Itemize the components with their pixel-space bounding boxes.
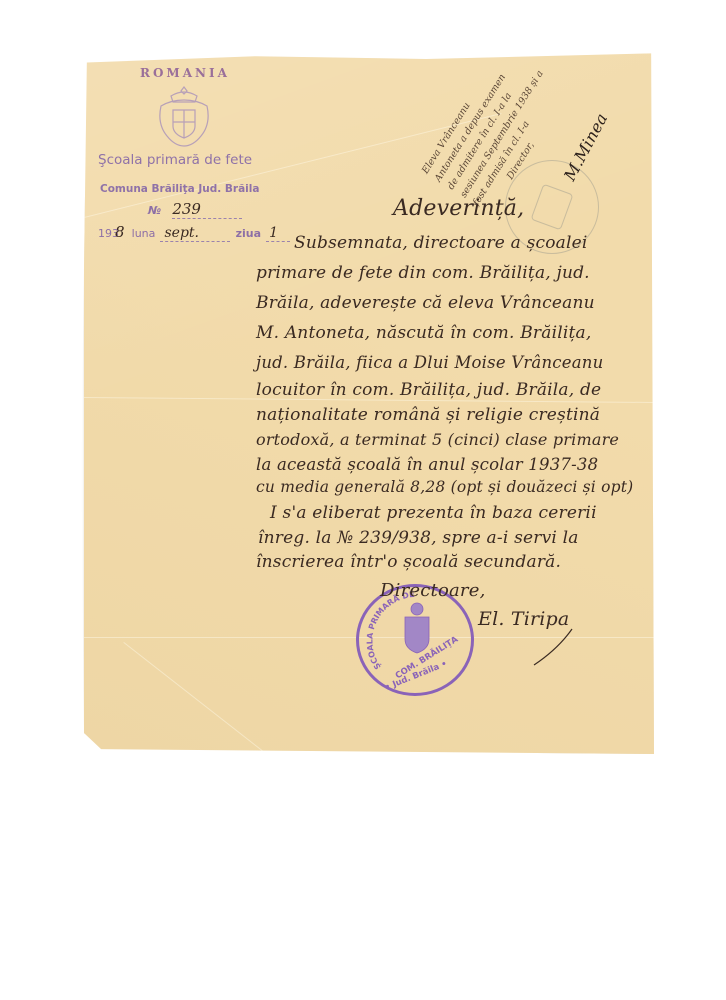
paper-crease — [123, 642, 328, 803]
body-line: ortodoxă, a terminat 5 (cinci) clase pri… — [256, 430, 619, 449]
seal-crest-icon — [405, 603, 429, 653]
body-line: I s'a eliberat prezenta în baza cererii — [270, 503, 597, 523]
month-value: sept. — [164, 225, 199, 241]
date-line: 1938 luna sept. ziua 1 — [98, 222, 290, 242]
coat-of-arms-icon — [153, 84, 215, 148]
body-line: locuitor în com. Brăilița, jud. Brăila, … — [256, 380, 601, 400]
body-line: M. Antoneta, născută în com. Brăilița, — [256, 323, 591, 343]
locality: Comuna Brăiliţa Jud. Brăila — [100, 183, 259, 195]
document-title: Adeverință, — [393, 196, 524, 221]
year-value: 8 — [115, 223, 125, 241]
number-label: № — [148, 204, 161, 217]
number-value: 239 — [172, 200, 201, 218]
signature-flourish — [528, 625, 578, 673]
body-line: naționalitate română și religie creștină — [256, 405, 600, 425]
body-line: Brăila, adeverește că eleva Vrânceanu — [256, 293, 595, 313]
body-line: înreg. la № 239/938, spre a-i servi la — [258, 528, 579, 548]
body-line: primare de fete din com. Brăilița, jud. — [256, 263, 590, 283]
school-name: Şcoala primară de fete — [98, 152, 252, 168]
letterhead-country: ROMANIA — [140, 66, 230, 80]
registration-number: № 239 — [148, 199, 242, 219]
body-line: jud. Brăila, fiica a Dlui Moise Vrâncean… — [256, 353, 603, 372]
day-label: ziua — [236, 227, 261, 240]
closing-role: Directoare, — [380, 580, 486, 601]
body-line: Subsemnata, directoare a școalei — [294, 233, 588, 253]
body-line: înscrierea într'o școală secundară. — [256, 552, 561, 572]
body-line: cu media generală 8,28 (opt și douăzeci … — [256, 478, 633, 496]
body-line: la această școală în anul școlar 1937-38 — [256, 455, 598, 474]
month-label: luna — [132, 227, 156, 240]
day-value: 1 — [269, 225, 278, 241]
